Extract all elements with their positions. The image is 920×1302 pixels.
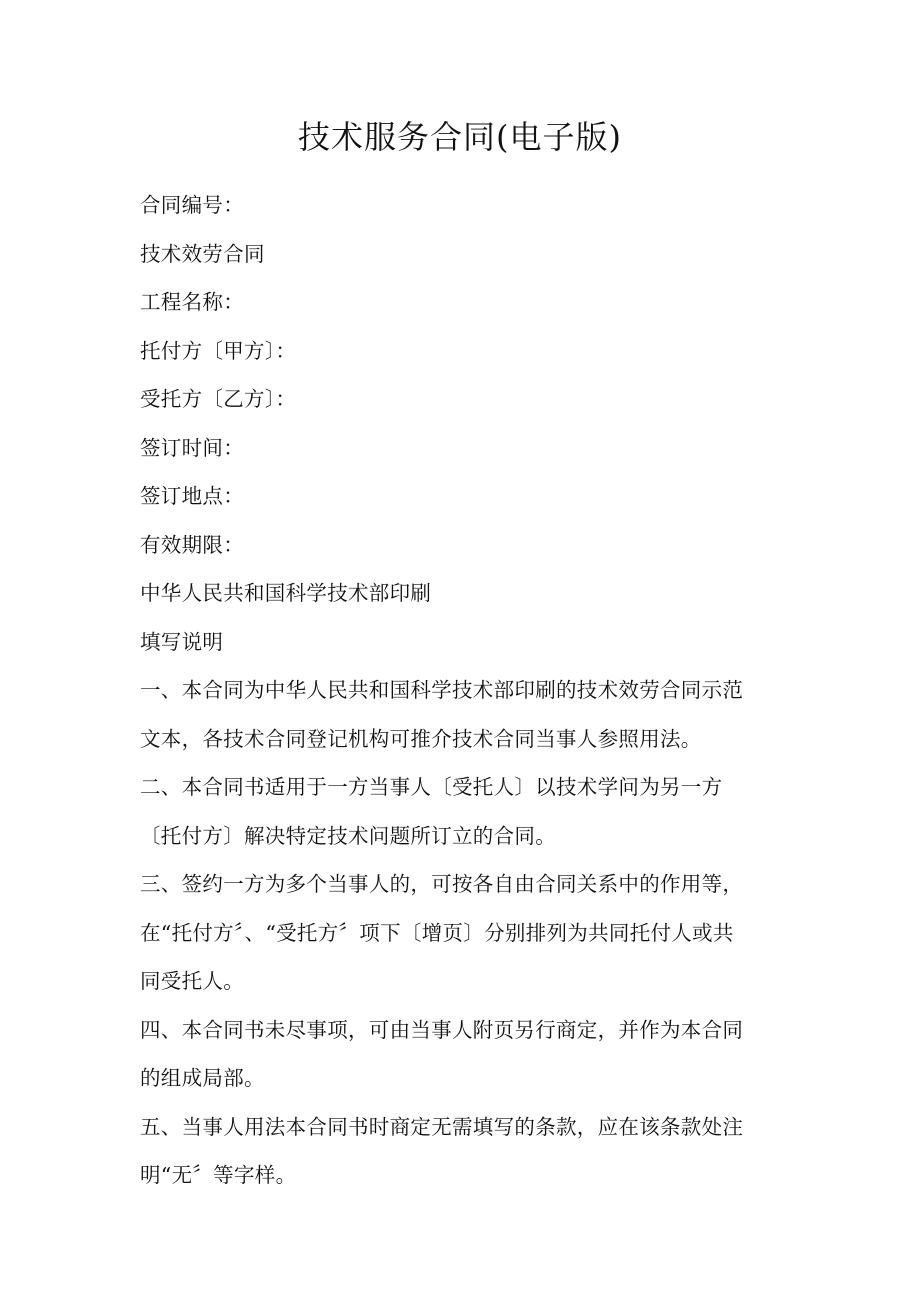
- signing-place-label: 签订地点：: [140, 472, 800, 521]
- instruction-3-line-1: 三、签约一方为多个当事人的，可按各自由合同关系中的作用等，: [140, 860, 800, 909]
- instruction-2-line-2: 〔托付方〕解决特定技术问题所订立的合同。: [140, 812, 800, 861]
- instruction-1-line-2: 文本，各技术合同登记机构可推介技术合同当事人参照用法。: [140, 715, 800, 764]
- instruction-3-line-2: 在“托付方〞、“受托方〞项下〔增页〕分别排列为共同托付人或共: [140, 909, 800, 958]
- publisher-line: 中华人民共和国科学技术部印刷: [140, 569, 800, 618]
- party-b-label: 受托方〔乙方〕：: [140, 375, 800, 424]
- validity-period-label: 有效期限：: [140, 521, 800, 570]
- instruction-4-line-1: 四、本合同书未尽事项，可由当事人附页另行商定，并作为本合同: [140, 1006, 800, 1055]
- contract-number-label: 合同编号：: [140, 181, 800, 230]
- instruction-1-line-1: 一、本合同为中华人民共和国科学技术部印刷的技术效劳合同示范: [140, 666, 800, 715]
- instruction-5-line-2: 明“无〞等字样。: [140, 1151, 800, 1200]
- party-a-label: 托付方〔甲方〕：: [140, 327, 800, 376]
- document-body: 合同编号： 技术效劳合同 工程名称： 托付方〔甲方〕： 受托方〔乙方〕： 签订时…: [140, 181, 800, 1200]
- signing-time-label: 签订时间：: [140, 424, 800, 473]
- instruction-5-line-1: 五、当事人用法本合同书时商定无需填写的条款，应在该条款处注: [140, 1103, 800, 1152]
- contract-type-line: 技术效劳合同: [140, 230, 800, 279]
- instruction-3-line-3: 同受托人。: [140, 957, 800, 1006]
- document-title: 技术服务合同(电子版): [0, 114, 920, 160]
- instructions-heading: 填写说明: [140, 618, 800, 667]
- instruction-4-line-2: 的组成局部。: [140, 1054, 800, 1103]
- project-name-label: 工程名称：: [140, 278, 800, 327]
- document-page: 技术服务合同(电子版) 合同编号： 技术效劳合同 工程名称： 托付方〔甲方〕： …: [0, 0, 920, 1302]
- instruction-2-line-1: 二、本合同书适用于一方当事人〔受托人〕以技术学问为另一方: [140, 763, 800, 812]
